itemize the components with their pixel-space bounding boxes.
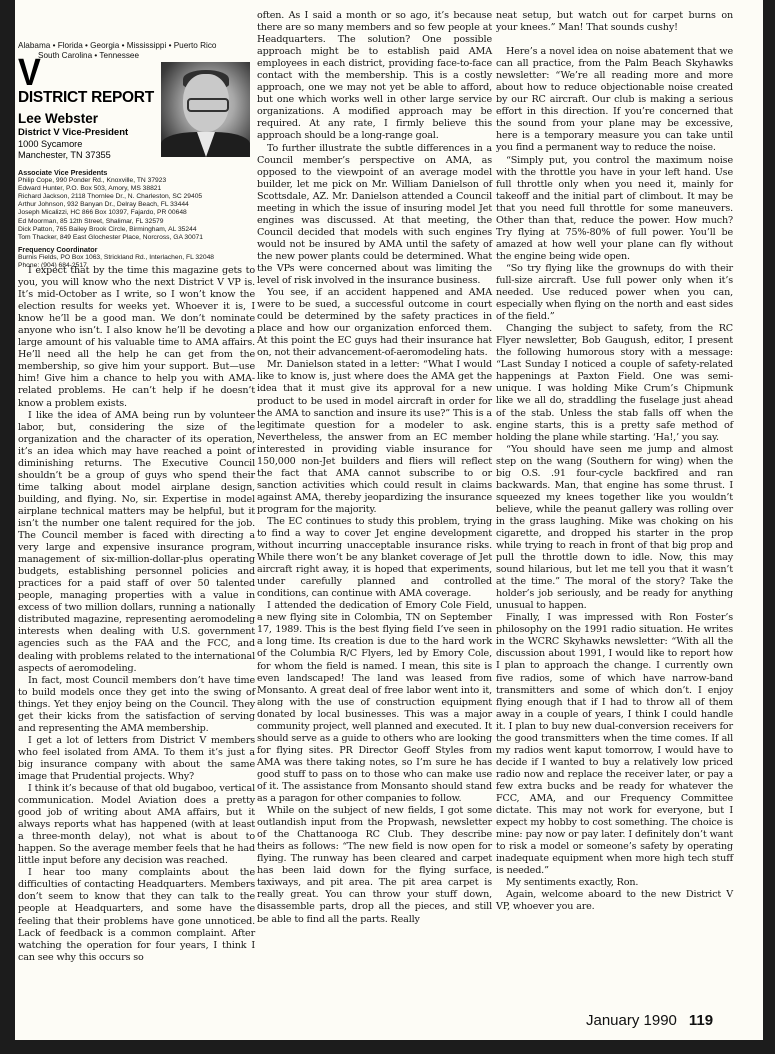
paragraph: My sentiments exactly, Ron. bbox=[496, 877, 733, 889]
issue-date: January 1990 bbox=[586, 1012, 677, 1029]
article-column-2: often. As I said a month or so ago, it’s… bbox=[257, 10, 492, 926]
paragraph: often. As I said a month or so ago, it’s… bbox=[257, 10, 492, 143]
article-column-3: neat setup, but watch out for carpet bur… bbox=[496, 10, 733, 913]
associates-heading: Associate Vice Presidents bbox=[18, 169, 258, 177]
author-name: Lee Webster bbox=[18, 111, 98, 126]
states-line-1: Alabama • Florida • Georgia • Mississipp… bbox=[18, 41, 258, 51]
associate-item: Philip Cope, 990 Ponder Rd., Knoxville, … bbox=[18, 177, 258, 185]
author-title: District V Vice-President bbox=[18, 127, 128, 138]
paragraph: Mr. Danielson stated in a letter: “What … bbox=[257, 359, 492, 516]
section-title: DISTRICT REPORT bbox=[18, 89, 154, 107]
paragraph: To further illustrate the subtle differe… bbox=[257, 143, 492, 288]
author-portrait-photo bbox=[161, 62, 250, 157]
paragraph: Changing the subject to safety, from the… bbox=[496, 323, 733, 443]
page-footer: January 1990119 bbox=[586, 1012, 713, 1029]
page-number: 119 bbox=[689, 1012, 713, 1029]
paragraph: Finally, I was impressed with Ron Foster… bbox=[496, 612, 733, 877]
district-states: Alabama • Florida • Georgia • Mississipp… bbox=[18, 41, 258, 61]
paragraph: In fact, most Council members don’t have… bbox=[18, 675, 255, 735]
associate-item: Edward Hunter, P.O. Box 503, Amory, MS 3… bbox=[18, 185, 258, 193]
paragraph: “You should have seen me jump and almost… bbox=[496, 444, 733, 613]
author-address: 1000 Sycamore Manchester, TN 37355 bbox=[18, 139, 111, 160]
associate-item: Joseph Micalizzi, HC 866 Box 10397, Faja… bbox=[18, 209, 258, 217]
paragraph: I think it’s because of that old bugaboo… bbox=[18, 783, 255, 867]
paragraph: I hear too many complaints about the dif… bbox=[18, 867, 255, 963]
district-letter: V bbox=[18, 58, 41, 88]
paragraph: I expect that by the time this magazine … bbox=[18, 265, 255, 410]
address-line-2: Manchester, TN 37355 bbox=[18, 150, 111, 161]
paragraph: You see, if an accident happened and AMA… bbox=[257, 287, 492, 359]
paragraph: neat setup, but watch out for carpet bur… bbox=[496, 10, 733, 34]
paragraph: “So try flying like the grownups do with… bbox=[496, 263, 733, 323]
frequency-coordinator-heading: Frequency Coordinator bbox=[18, 246, 258, 254]
article-column-1: I expect that by the time this magazine … bbox=[18, 265, 255, 964]
frequency-coordinator-address: Burnis Fields, PO Box 1063, Strickland R… bbox=[18, 254, 258, 262]
magazine-page: Alabama • Florida • Georgia • Mississipp… bbox=[15, 0, 763, 1040]
associate-vps-list: Associate Vice Presidents Philip Cope, 9… bbox=[18, 169, 258, 270]
associate-item: Tom Thacker, 849 East Glochester Place, … bbox=[18, 234, 258, 242]
associate-item: Dick Patton, 765 Bailey Brook Circle, Bi… bbox=[18, 226, 258, 234]
portrait-glasses bbox=[187, 98, 229, 112]
paragraph: I attended the dedication of Emory Cole … bbox=[257, 600, 492, 805]
paragraph: I like the idea of AMA being run by volu… bbox=[18, 410, 255, 675]
states-line-2: South Carolina • Tennessee bbox=[18, 51, 258, 61]
paragraph: The EC continues to study this problem, … bbox=[257, 516, 492, 600]
address-line-1: 1000 Sycamore bbox=[18, 139, 111, 150]
paragraph: While on the subject of new fields, I go… bbox=[257, 805, 492, 925]
associate-item: Richard Jackson, 2118 Thornlee Dr., N. C… bbox=[18, 193, 258, 201]
associate-item: Arthur Johnson, 932 Banyan Dr., Delray B… bbox=[18, 201, 258, 209]
paragraph: “Simply put, you control the maximum noi… bbox=[496, 155, 733, 263]
paragraph: Again, welcome aboard to the new Distric… bbox=[496, 889, 733, 913]
paragraph: Here’s a novel idea on noise abatement t… bbox=[496, 46, 733, 154]
paragraph: I get a lot of letters from District V m… bbox=[18, 735, 255, 783]
associate-item: Ed Moorman, 85 12th Street, Shalimar, FL… bbox=[18, 218, 258, 226]
